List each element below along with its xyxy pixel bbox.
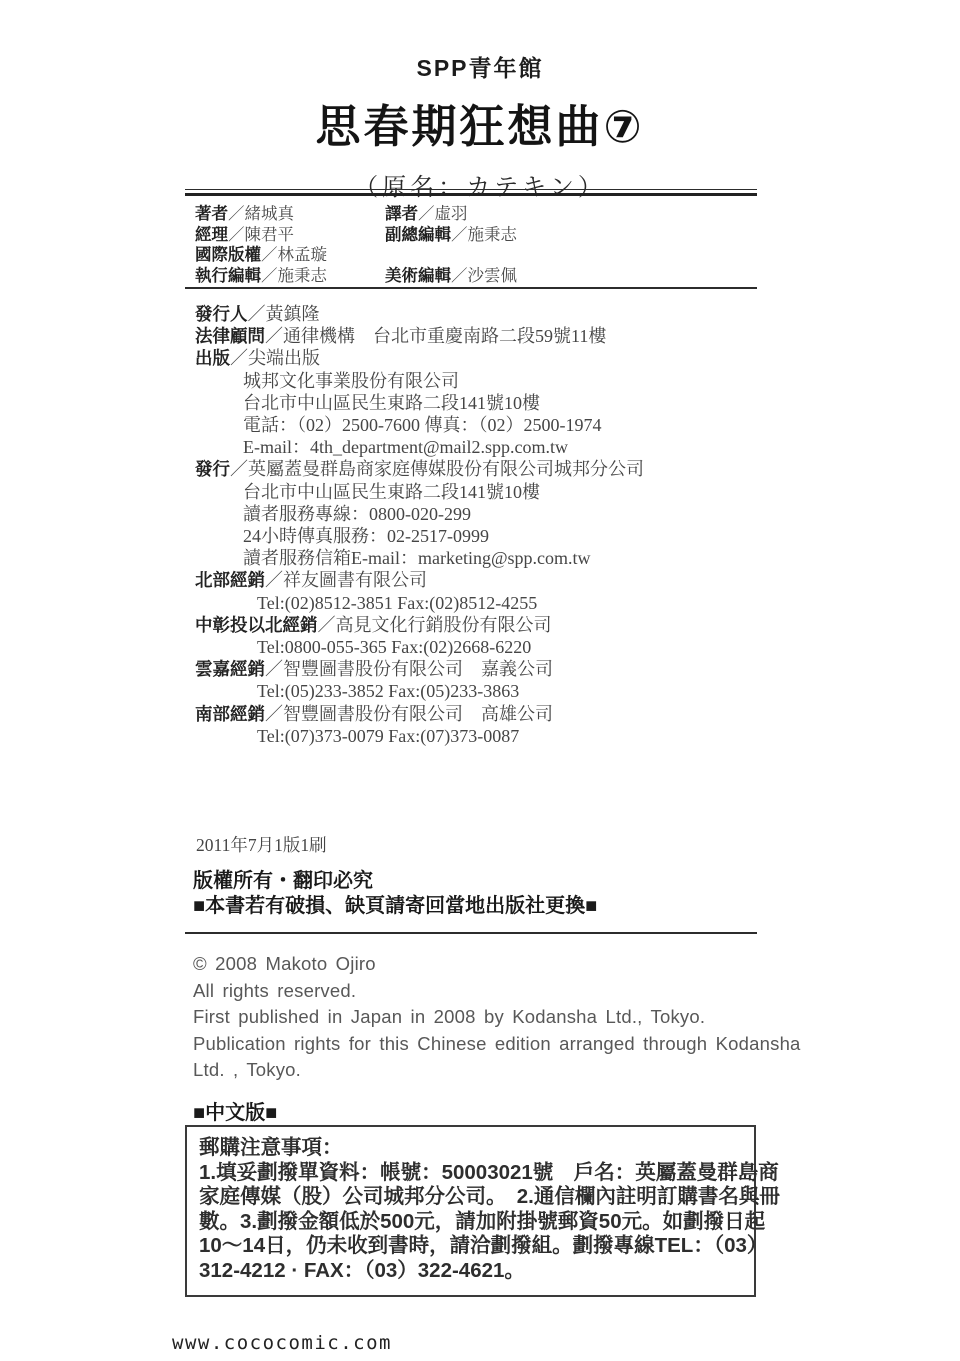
publisher-line: E-mail：4th_department@mail2.spp.com.tw (243, 436, 644, 458)
publisher-line: 北部經銷／祥友圖書有限公司 (195, 569, 644, 591)
original-title: （原名：カテキン） (0, 167, 960, 202)
divider-thick-line (185, 193, 757, 196)
damaged-book-notice: ■本書若有破損、缺頁請寄回當地出版社更換■ (193, 894, 597, 919)
mail-order-line: 數。3.劃撥金額低於500元，請加附掛號郵資50元。如劃撥日起 (199, 1210, 742, 1235)
credit-art-editor: 美術編輯／沙雲佩 (385, 266, 517, 287)
credit-exec-editor: 執行編輯／施秉志 (195, 266, 385, 287)
credit-deputy-editor: 副總編輯／施秉志 (385, 225, 517, 246)
credit-value: ／陳君平 (228, 225, 294, 244)
publisher-line: 電話：（02）2500-7600 傳真：（02）2500-1974 (243, 414, 644, 436)
rights-reserved-line: 版權所有・翻印必究 (193, 869, 597, 894)
publisher-line: 法律顧問／通律機構 台北市重慶南路二段59號11樓 (195, 325, 644, 347)
credit-label: 譯者 (385, 205, 418, 223)
publisher-line: Tel:(07)373-0079 Fax:(07)373-0087 (257, 725, 644, 747)
mail-order-box: 郵購注意事項： 1.填妥劃撥單資料：帳號：50003021號 戶名：英屬蓋曼群島… (185, 1125, 756, 1297)
credit-row: 執行編輯／施秉志 美術編輯／沙雲佩 (195, 266, 757, 287)
publisher-line: 台北市中山區民生東路二段141號10樓 (243, 481, 644, 503)
site-watermark: www.cococomic.com (172, 1332, 392, 1354)
english-copyright: © 2008 Makoto Ojiro All rights reserved.… (193, 951, 801, 1084)
english-copyright-line: All rights reserved. (193, 978, 801, 1005)
publisher-line: Tel:(02)8512-3851 Fax:(02)8512-4255 (257, 592, 644, 614)
credit-label: 副總編輯 (385, 226, 451, 244)
mail-order-line: 312-4212 · FAX：（03）322-4621。 (199, 1259, 742, 1284)
publisher-line: 發行人／黃鎮隆 (195, 303, 644, 325)
publisher-line: 雲嘉經銷／智豐圖書股份有限公司 嘉義公司 (195, 658, 644, 680)
book-title: 思春期狂想曲⑦ (0, 90, 960, 155)
divider-credits-bottom (185, 287, 757, 289)
credit-label: 著者 (195, 205, 228, 223)
credit-label: 經理 (195, 226, 228, 244)
credit-label: 國際版權 (195, 246, 261, 264)
publisher-line: 中彰投以北經銷／高見文化行銷股份有限公司 (195, 614, 644, 636)
credit-translator: 譯者／虛羽 (385, 204, 468, 225)
credit-row: 國際版權／林孟璇 (195, 245, 757, 266)
mail-order-line: 10～14日，仍未收到書時，請洽劃撥組。劃撥專線TEL：（03） (199, 1234, 742, 1259)
credit-label: 執行編輯 (195, 267, 261, 285)
credit-manager: 經理／陳君平 (195, 225, 385, 246)
copyright-notice: 版權所有・翻印必究 ■本書若有破損、缺頁請寄回當地出版社更換■ (193, 869, 597, 919)
credit-value: ／沙雲佩 (451, 266, 517, 285)
mail-order-line: 1.填妥劃撥單資料：帳號：50003021號 戶名：英屬蓋曼群島商 (199, 1161, 742, 1186)
divider-thin-line (185, 189, 757, 190)
english-copyright-line: Publication rights for this Chinese edit… (193, 1031, 801, 1058)
english-copyright-line: © 2008 Makoto Ojiro (193, 951, 801, 978)
credit-row: 經理／陳君平 副總編輯／施秉志 (195, 225, 757, 246)
edition-printing: 2011年7月1版1刷 (196, 832, 327, 857)
masthead: SPP青年館 思春期狂想曲⑦ （原名：カテキン） (0, 50, 960, 202)
credit-value: ／施秉志 (451, 225, 517, 244)
credit-value: ／施秉志 (261, 266, 327, 285)
divider-english-top (185, 932, 757, 934)
credit-label: 美術編輯 (385, 267, 451, 285)
publisher-line: 台北市中山區民生東路二段141號10樓 (243, 392, 644, 414)
publisher-line: Tel:(05)233-3852 Fax:(05)233-3863 (257, 680, 644, 702)
publisher-line: 24小時傳真服務：02-2517-0999 (243, 525, 644, 547)
publisher-line: 讀者服務信箱E-mail：marketing@spp.com.tw (243, 547, 644, 569)
credit-value: ／林孟璇 (261, 245, 327, 264)
credit-intl-rights: 國際版權／林孟璇 (195, 245, 385, 266)
credit-value: ／緒城真 (228, 204, 294, 223)
divider-top (185, 189, 757, 196)
english-copyright-line: Ltd. , Tokyo. (193, 1057, 801, 1084)
publisher-line: 南部經銷／智豐圖書股份有限公司 高雄公司 (195, 703, 644, 725)
mail-order-line: 郵購注意事項： (199, 1136, 742, 1161)
credit-row: 著者／緒城真 譯者／虛羽 (195, 204, 757, 225)
credit-value: ／虛羽 (418, 204, 468, 223)
imprint-label: SPP青年館 (0, 50, 960, 83)
mail-order-line: 家庭傳媒（股）公司城邦分公司。 2.通信欄內註明訂購書名與冊 (199, 1185, 742, 1210)
publisher-line: 發行／英屬蓋曼群島商家庭傳媒股份有限公司城邦分公司 (195, 458, 644, 480)
credit-author: 著者／緒城真 (195, 204, 385, 225)
publisher-line: 出版／尖端出版 (195, 347, 644, 369)
credits-section: 著者／緒城真 譯者／虛羽 經理／陳君平 副總編輯／施秉志 國際版權／林孟璇 執行… (195, 204, 757, 286)
english-copyright-line: First published in Japan in 2008 by Koda… (193, 1004, 801, 1031)
publisher-line: 讀者服務專線：0800-020-299 (243, 503, 644, 525)
publisher-line: 城邦文化事業股份有限公司 (243, 370, 644, 392)
publisher-section: 發行人／黃鎮隆 法律顧問／通律機構 台北市重慶南路二段59號11樓 出版／尖端出… (195, 303, 644, 747)
chinese-edition-label: ■中文版■ (193, 1096, 277, 1125)
colophon-page: SPP青年館 思春期狂想曲⑦ （原名：カテキン） 著者／緒城真 譯者／虛羽 經理… (0, 0, 960, 1361)
publisher-line: Tel:0800-055-365 Fax:(02)2668-6220 (257, 636, 644, 658)
